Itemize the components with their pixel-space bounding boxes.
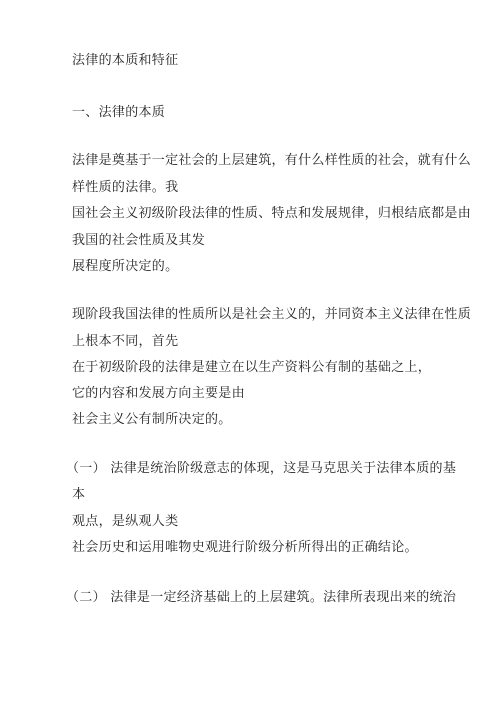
paragraph-line: （二） 法律是一定经济基础上的上层建筑。法律所表现出来的统治 (66, 590, 456, 606)
paragraph-line: 国社会主义初级阶段法律的性质、特点和发展规律，归根结底都是由 (72, 206, 471, 222)
paragraph-line: 样性质的法律。我 (72, 180, 178, 196)
paragraph-line: （一） 法律是统治阶级意志的体现，这是马克思关于法律本质的基 (66, 461, 456, 477)
paragraph-line: 社会主义公有制所决定的。 (72, 412, 232, 428)
paragraph-line: 现阶段我国法律的性质所以是社会主义的，并同资本主义法律在性质 (72, 307, 471, 323)
paragraph-line: 本 (72, 487, 85, 503)
paragraph-line: 观点，是纵观人类 (72, 514, 178, 530)
section-heading: 一、法律的本质 (72, 105, 165, 121)
paragraph-line: 上根本不同，首先 (72, 334, 178, 350)
paragraph-line: 社会历史和运用唯物史观进行阶级分析所得出的正确结论。 (72, 540, 418, 556)
paragraph-line: 展程度所决定的。 (72, 259, 178, 275)
paragraph-line: 法律是奠基于一定社会的上层建筑，有什么样性质的社会，就有什么 (72, 153, 471, 169)
paragraph-line: 它的内容和发展方向主要是由 (72, 386, 245, 402)
document-title: 法律的本质和特征 (72, 53, 178, 69)
paragraph-line: 我国的社会性质及其发 (72, 233, 205, 249)
paragraph-line: 在于初级阶段的法律是建立在以生产资料公有制的基础之上， (72, 360, 431, 376)
